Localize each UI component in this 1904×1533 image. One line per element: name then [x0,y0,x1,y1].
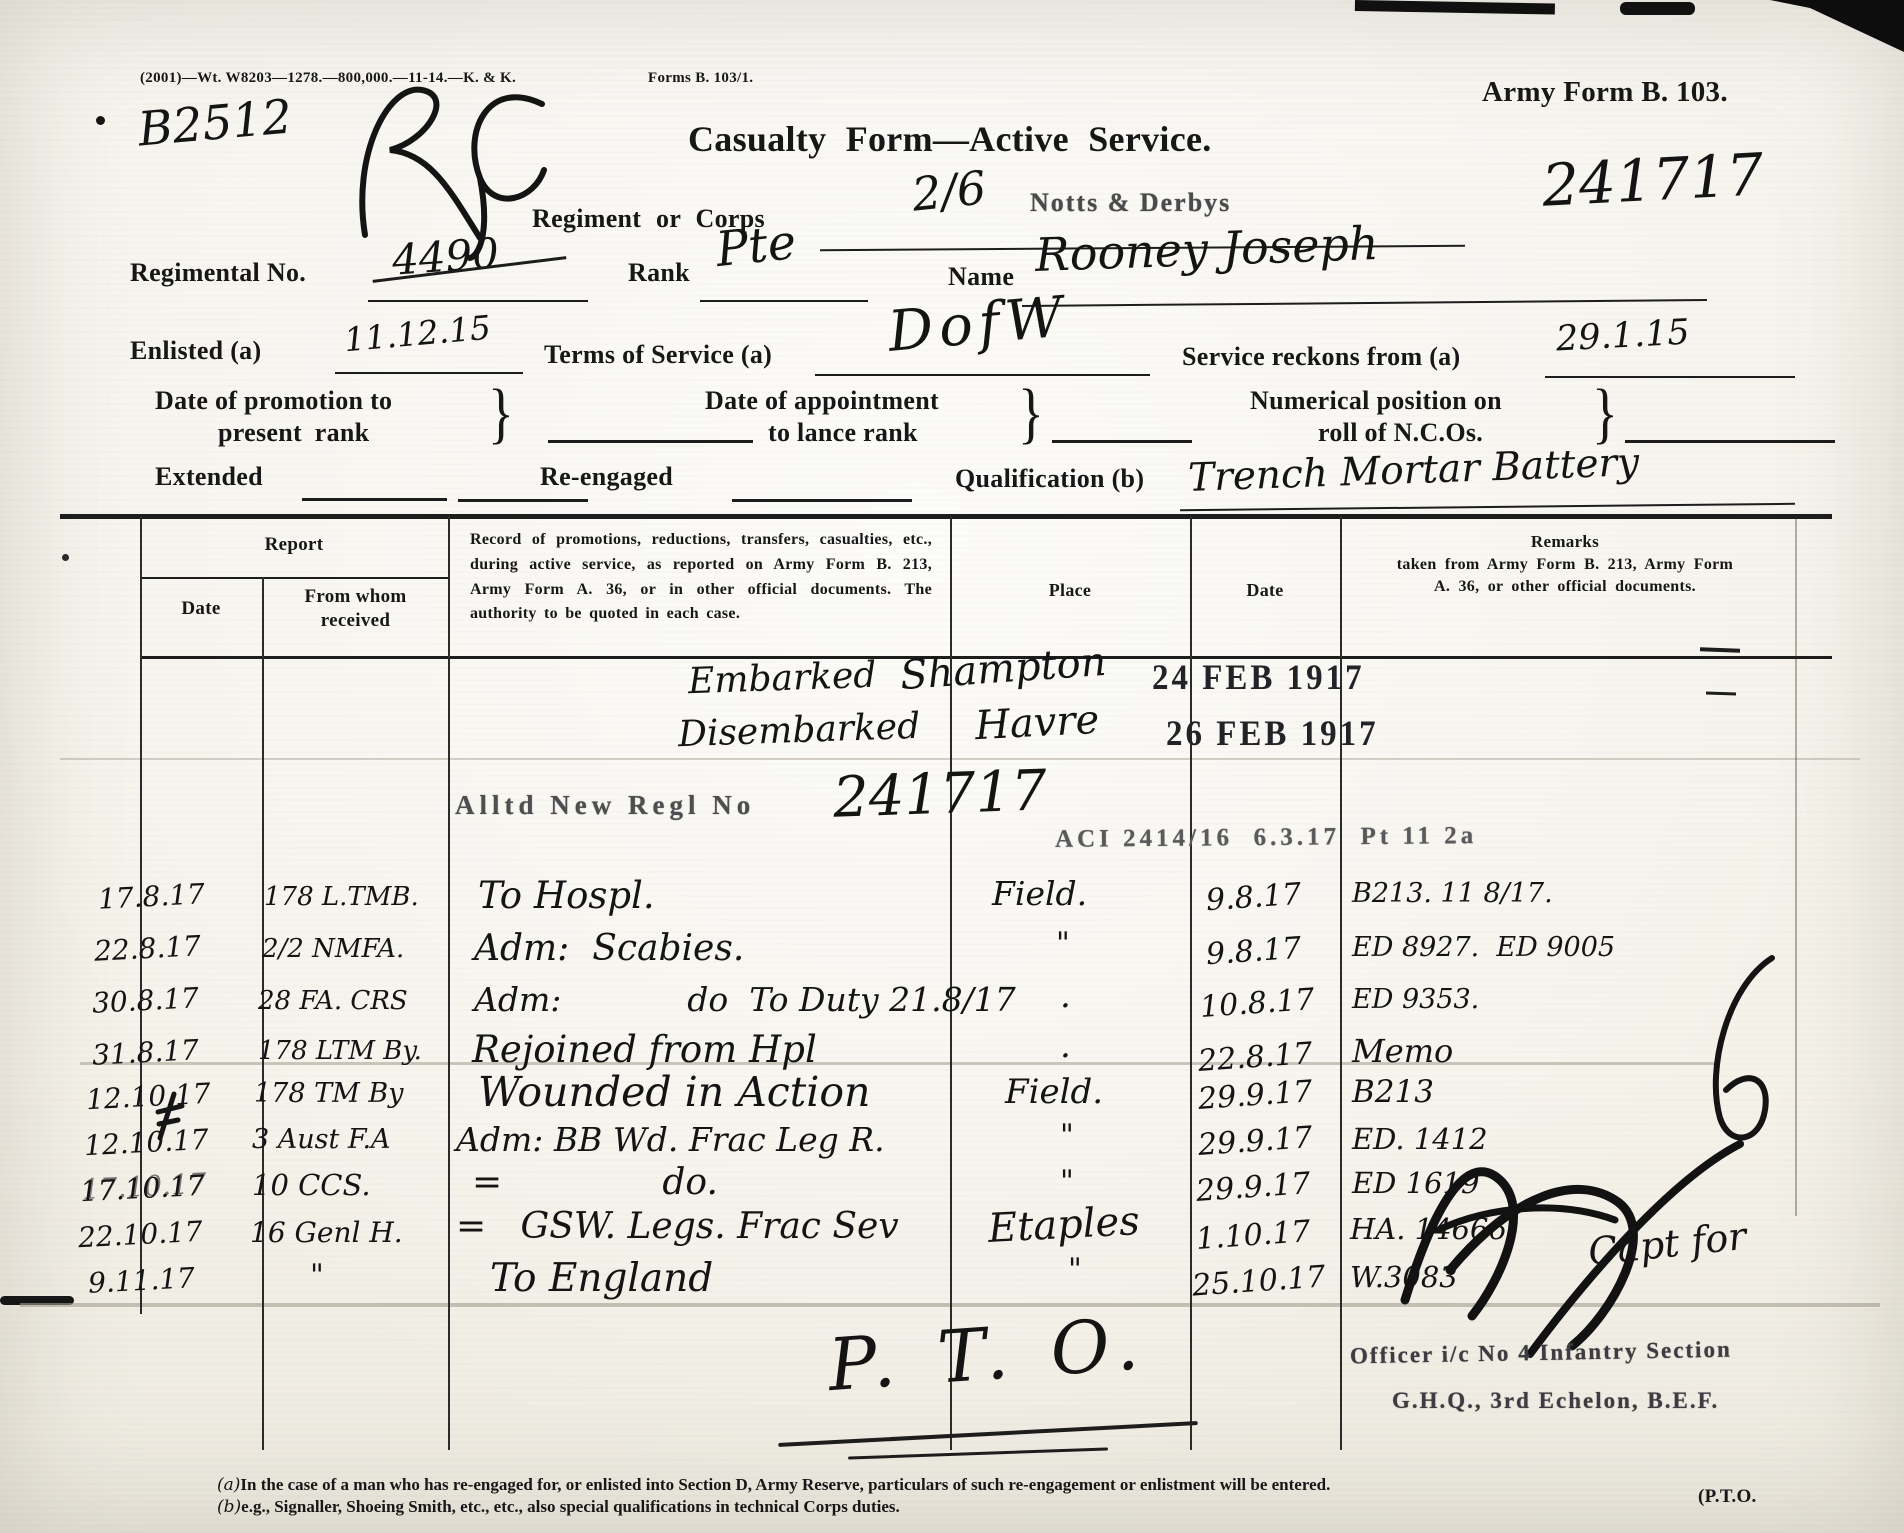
table-row: 22.8.17 2/2 NMFA. Adm: Scabies. " 9.8.17… [0,924,1904,976]
enlisted-label: Enlisted (a) [130,336,261,366]
file-number-handwritten: B2512 [136,89,294,157]
reengaged-label: Re-engaged [540,462,673,492]
row-date: 12.10.17 [83,1123,209,1162]
row-record: Adm: BB Wd. Frac Leg R. [456,1120,885,1159]
row-place-ditto: " [1068,1252,1082,1287]
header-remarks-rest: taken from Army Form B. 213, Army Form A… [1388,554,1742,599]
row-date: 22.10.17 [77,1215,203,1254]
scan-artifact-corner [1340,0,1904,70]
row-record: = do. [472,1162,718,1203]
officer-stamp-line2: G.H.Q., 3rd Echelon, B.E.F. [1392,1388,1719,1414]
row-date: 17.10.17 [79,1169,205,1208]
row-remarks: ED 9353. [1352,984,1479,1015]
reengaged-underline [732,499,912,502]
row-record: To Hospl. [478,874,655,917]
disembarked-date-stamp: 26 FEB 1917 [1166,714,1379,755]
row-remarks: Memo [1352,1032,1453,1070]
regimental-no-label: Regimental No. [130,258,306,288]
row-date2: 1.10.17 [1195,1214,1312,1257]
name-underline [1022,299,1707,307]
qualification-value: Trench Mortar Battery [1187,440,1640,501]
promotion-label-2: present rank [218,418,369,448]
row-remarks: B213 [1352,1074,1434,1110]
row-place: Field. [992,874,1087,913]
embarked-record: Embarked [687,655,877,703]
table-row: 30.8.17 28 FA. CRS Adm: do To Duty 21.8/… [0,976,1904,1028]
header-date2: Date [1190,580,1340,601]
disembarked-record: Disembarked [677,706,920,755]
pto-print: (P.T.O. [1698,1486,1757,1508]
regimental-no-underline [368,300,588,302]
pto-underline [778,1421,1198,1447]
enlisted-value: 11.12.15 [343,308,493,360]
appointment-underline [1052,440,1192,443]
renumber-handwritten: 241717 [832,758,1048,830]
reckons-label: Service reckons from (a) [1182,342,1460,372]
row-place-ditto: " [1060,1118,1074,1153]
serial-number-handwritten: 241717 [1540,140,1765,219]
row-place-ditto: . [1060,976,1071,1016]
regiment-value-handwritten: 2/6 [909,160,988,221]
row-record: = GSW. Legs. Frac Sev [456,1206,899,1247]
renumber-authority-stamp: ACI 2414/16 6.3.17 Pt 11 2a [1055,822,1477,854]
terms-label: Terms of Service (a) [544,340,772,370]
numerical-label-1: Numerical position on [1250,386,1502,416]
embarked-place: Shampton [899,639,1108,699]
header-remarks-title: Remarks [1350,532,1780,552]
renumber-stamp: Alltd New Regl No [455,790,755,821]
footnote-b-text: e.g., Signaller, Shoeing Smith, etc., et… [241,1497,900,1516]
row-record: Wounded in Action [478,1068,870,1116]
row-date2: 25.10.17 [1191,1259,1327,1303]
rank-value: Pte [713,214,798,278]
terms-underline [815,374,1150,376]
header-from-whom: From whom received [268,585,443,633]
row-date: 17.8.17 [97,877,205,916]
extended-underline-2 [458,499,588,502]
reckons-underline [1545,376,1795,378]
row-remarks: B213. 11 8/17. [1352,878,1553,909]
promotion-brace: } [488,374,514,452]
row-from: 3 Aust F.A [252,1124,391,1155]
row-place: Etaples [987,1198,1141,1252]
scan-dot [62,554,69,561]
promotion-underline [548,440,753,443]
row-date2: 9.8.17 [1205,877,1303,919]
disembarked-place: Havre [974,697,1100,749]
terms-value: DofW [886,284,1072,365]
row-from: 178 L.TMB. [264,882,419,912]
promotion-label-1: Date of promotion to [155,386,392,416]
row-from: 10 CCS. [252,1168,371,1202]
pto-handwritten: P. T. O. [825,1301,1151,1407]
forms-ref: Forms B. 103/1. [648,70,753,87]
header-date: Date [140,598,262,620]
table-top-rule [60,514,1832,519]
row-date2: 9.8.17 [1205,931,1303,973]
row-place-ditto: " [1060,1164,1074,1199]
row-place: Field. [1005,1072,1103,1112]
row-date2: 29.9.17 [1197,1120,1314,1163]
extended-label: Extended [155,462,263,492]
row-record: To England [490,1256,713,1301]
scanned-casualty-form: (2001)—Wt. W8203—1278.—800,000.—11-14.—K… [0,0,1904,1533]
rank-underline [700,300,868,302]
row-date2: 29.9.17 [1195,1166,1312,1209]
row-date2: 10.8.17 [1199,982,1316,1025]
row-date: 31.8.17 [91,1033,199,1072]
appointment-brace: } [1018,374,1044,452]
row-from: 28 FA. CRS [258,986,408,1016]
embarked-date-stamp: 24 FEB 1917 [1152,658,1365,699]
row-remarks: ED 8927. ED 9005 [1352,932,1615,963]
footnote-b: (b)e.g., Signaller, Shoeing Smith, etc.,… [200,1477,900,1533]
scan-dot [96,116,105,125]
row-from: 178 LTM By. [258,1036,422,1066]
regiment-stamp: Notts & Derbys [1030,188,1231,218]
row-from-ditto: " [310,1258,324,1293]
qualification-underline [1180,503,1795,511]
row-date: 9.11.17 [87,1261,195,1300]
numerical-label-2: roll of N.C.Os. [1318,418,1483,448]
row-date: 22.8.17 [93,929,201,968]
row-from: 16 Genl H. [250,1216,403,1249]
form-title: Casualty Form—Active Service. [688,118,1212,160]
row-place-ditto: . [1060,1026,1071,1066]
scan-dash [1700,647,1740,652]
qualification-label: Qualification (b) [955,464,1144,494]
army-form-number: Army Form B. 103. [1482,76,1728,109]
report-underline [140,577,450,579]
name-value: Rooney Joseph [1034,216,1379,282]
footnote-b-label: (b) [217,1497,241,1517]
header-place: Place [950,580,1190,601]
numerical-underline [1625,440,1835,443]
name-label: Name [948,262,1014,292]
reckons-value: 29.1.15 [1555,313,1691,360]
scan-dash [1706,691,1736,695]
row-from: 178 TM By [254,1078,403,1109]
scan-band [60,758,1860,760]
row-date: 30.8.17 [91,981,199,1020]
table-row: 17.8.17 178 L.TMB. To Hospl. Field. 9.8.… [0,872,1904,924]
row-from: 2/2 NMFA. [262,934,404,964]
appointment-label-1: Date of appointment [705,386,939,416]
row-date2: 29.9.17 [1197,1074,1314,1117]
row-place-ditto: " [1056,926,1070,961]
extended-underline [302,498,447,501]
appointment-label-2: to lance rank [768,418,918,448]
row-record: Rejoined from Hpl [472,1028,817,1071]
row-record: Adm: do To Duty 21.8/17 [474,980,1016,1019]
header-report: Report [140,534,448,556]
row-record: Adm: Scabies. [474,928,744,969]
rank-label: Rank [628,258,690,288]
row-date: 12.10.17 [85,1077,211,1116]
header-record: Record of promotions, reductions, transf… [470,528,932,627]
